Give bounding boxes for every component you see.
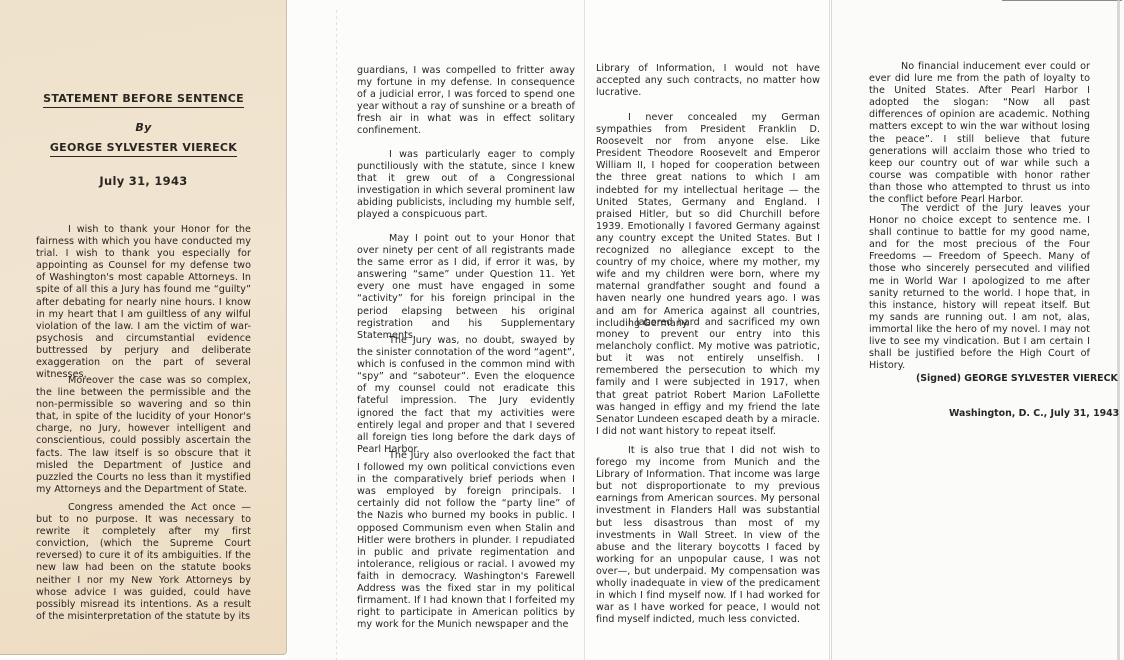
paragraph: Congress amended the Act once — but to n…: [36, 502, 251, 623]
paragraph: I wish to thank your Honor for the fairn…: [36, 224, 251, 381]
paragraph-text: May I point out to your Honor that over …: [357, 233, 575, 342]
paragraph-text: I was particularly eager to comply punct…: [357, 149, 575, 222]
place-and-date: Washington, D. C., July 31, 1943: [949, 408, 1119, 419]
paragraph: guardians, I was compelled to fritter aw…: [357, 65, 575, 138]
page-4: No financial inducement ever could or ev…: [831, 0, 1124, 660]
paragraph: It is also true that I did not wish to f…: [596, 445, 820, 626]
page-edge-shadow: [1117, 0, 1120, 660]
paragraph-text: The Jury also overlooked the fact that I…: [357, 450, 575, 631]
paragraph: Library of Information, I would not have…: [596, 63, 820, 99]
paragraph-text: The Jury was, no doubt, swayed by the si…: [357, 335, 575, 456]
paragraph: I was particularly eager to comply punct…: [357, 149, 575, 222]
paragraph-text: The verdict of the Jury leaves your Hono…: [869, 203, 1090, 372]
paragraph-text: No financial inducement ever could or ev…: [869, 61, 1090, 206]
paragraph: The verdict of the Jury leaves your Hono…: [869, 203, 1090, 372]
page-2: guardians, I was compelled to fritter aw…: [288, 0, 585, 660]
author-name: GEORGE SYLVESTER VIERECK: [0, 141, 287, 154]
fold-line: [336, 10, 337, 660]
paragraph-text: Congress amended the Act once — but to n…: [36, 502, 251, 623]
paragraph: The Jury was, no doubt, swayed by the si…: [357, 335, 575, 456]
paragraph: The Jury also overlooked the fact that I…: [357, 450, 575, 631]
page-edge-line: [1002, 0, 1122, 1]
paragraph-text: I labored hard and sacrificed my own mon…: [596, 317, 820, 438]
paragraph-text: I never concealed my German sympathies f…: [596, 112, 820, 330]
paragraph: No financial inducement ever could or ev…: [869, 61, 1090, 206]
paragraph: May I point out to your Honor that over …: [357, 233, 575, 342]
paragraph: Moreover the case was so complex, the li…: [36, 375, 251, 496]
paragraph-text: It is also true that I did not wish to f…: [596, 445, 820, 626]
paragraph-text: Library of Information, I would not have…: [596, 63, 820, 99]
page-3: Library of Information, I would not have…: [586, 0, 830, 660]
paragraph-text: Moreover the case was so complex, the li…: [36, 375, 251, 496]
signature: (Signed) GEORGE SYLVESTER VIERECK: [916, 373, 1118, 384]
paragraph-text: guardians, I was compelled to fritter aw…: [357, 65, 575, 138]
document-title: STATEMENT BEFORE SENTENCE: [0, 92, 287, 105]
author-name-text: GEORGE SYLVESTER VIERECK: [50, 141, 237, 157]
page-1: STATEMENT BEFORE SENTENCE By GEORGE SYLV…: [0, 0, 287, 655]
document-date: July 31, 1943: [0, 174, 287, 188]
paragraph-text: I wish to thank your Honor for the fairn…: [36, 224, 251, 381]
byline-by: By: [0, 121, 287, 134]
paragraph: I labored hard and sacrificed my own mon…: [596, 317, 820, 438]
paragraph: I never concealed my German sympathies f…: [596, 112, 820, 330]
document-title-text: STATEMENT BEFORE SENTENCE: [43, 92, 244, 108]
